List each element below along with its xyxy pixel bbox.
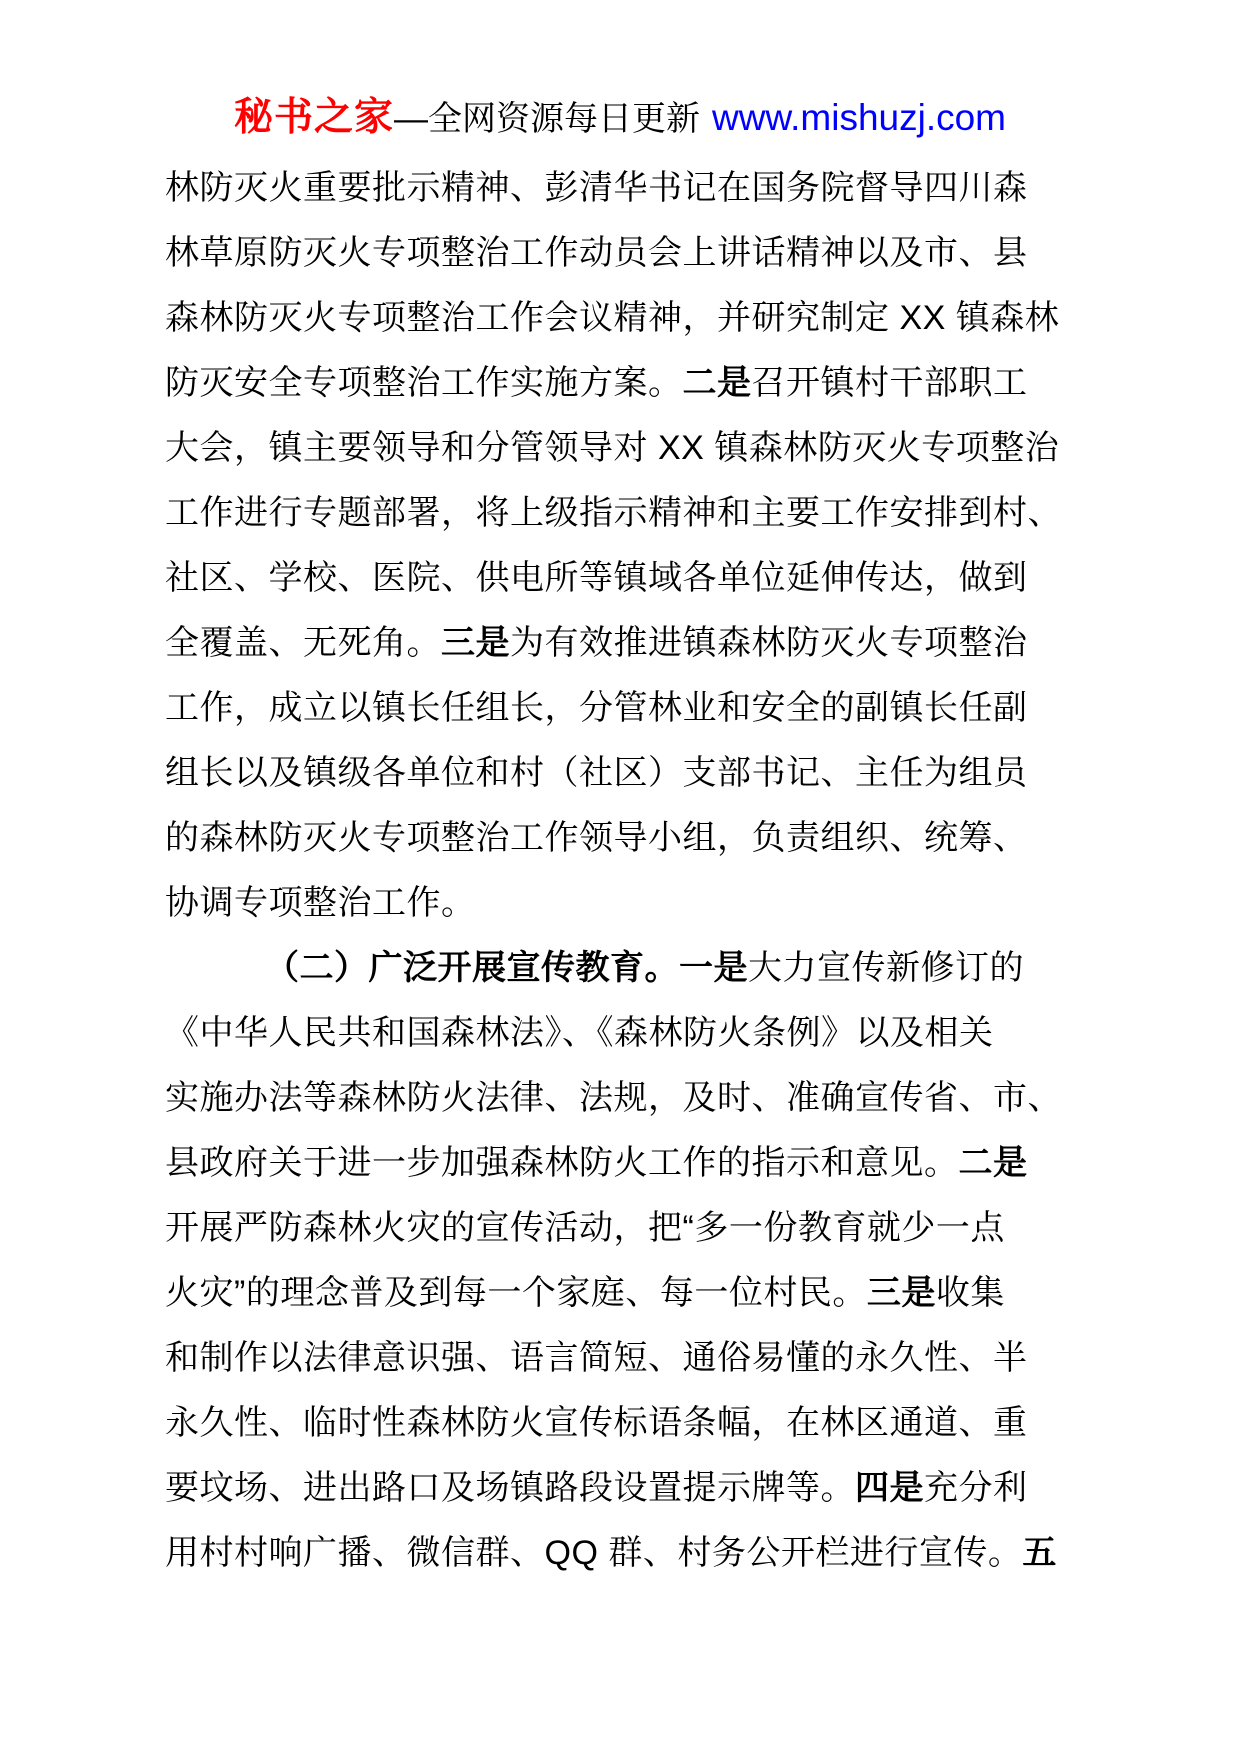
text-line: 县政府关于进一步加强森林防火工作的指示和意见。二是 <box>165 1131 1070 1196</box>
header-separator: — <box>394 100 428 138</box>
site-url-link[interactable]: www.mishuzj.com <box>712 97 1006 138</box>
header-tagline: 全网资源每日更新 <box>428 100 700 138</box>
text-line: 林草原防灭火专项整治工作动员会上讲话精神以及市、县 <box>165 221 1070 286</box>
text-segment: 火灾”的理念普及到每一个家庭、每一位村民。 <box>165 1274 867 1312</box>
text-line: 《中华人民共和国森林法》、《森林防火条例》以及相关 <box>165 1001 1070 1066</box>
site-name: 秘书之家 <box>234 96 394 139</box>
text-line: 的森林防灭火专项整治工作领导小组，负责组织、统筹、 <box>165 806 1070 871</box>
text-segment: 用村村响广播、微信群、QQ 群、村务公开栏进行宣传。 <box>165 1534 1022 1572</box>
text-line: 组长以及镇级各单位和村（社区）支部书记、主任为组员 <box>165 741 1070 806</box>
text-line: 协调专项整治工作。 <box>165 871 1070 936</box>
text-line: 开展严防森林火灾的宣传活动，把“多一份教育就少一点 <box>165 1196 1070 1261</box>
text-segment-bold: 二是 <box>959 1144 1028 1182</box>
text-line: （二）广泛开展宣传教育。一是大力宣传新修订的 <box>165 936 1070 1001</box>
document-body: 林防灭火重要批示精神、彭清华书记在国务院督导四川森林草原防灭火专项整治工作动员会… <box>165 156 1070 1586</box>
text-line: 火灾”的理念普及到每一个家庭、每一位村民。三是收集 <box>165 1261 1070 1326</box>
text-segment: 工作进行专题部署，将上级指示精神和主要工作安排到村、 <box>165 494 1062 532</box>
text-line: 林防灭火重要批示精神、彭清华书记在国务院督导四川森 <box>165 156 1070 221</box>
text-line: 工作进行专题部署，将上级指示精神和主要工作安排到村、 <box>165 481 1070 546</box>
text-segment: 林防灭火重要批示精神、彭清华书记在国务院督导四川森 <box>165 169 1028 207</box>
text-segment: 社区、学校、医院、供电所等镇域各单位延伸传达，做到 <box>165 559 1028 597</box>
text-segment: 为有效推进镇森林防灭火专项整治 <box>510 624 1028 662</box>
text-segment-bold: 五 <box>1022 1534 1057 1572</box>
text-segment: 协调专项整治工作。 <box>165 884 476 922</box>
text-segment: 充分利 <box>924 1469 1028 1507</box>
text-segment-bold: （二）广泛开展宣传教育。一是 <box>265 949 748 987</box>
text-segment-bold: 三是 <box>441 624 510 662</box>
text-segment: 组长以及镇级各单位和村（社区）支部书记、主任为组员 <box>165 754 1028 792</box>
text-segment: 永久性、临时性森林防火宣传标语条幅，在林区通道、重 <box>165 1404 1028 1442</box>
text-segment: 《中华人民共和国森林法》、《森林防火条例》以及相关 <box>165 1014 994 1052</box>
text-segment: 的森林防灭火专项整治工作领导小组，负责组织、统筹、 <box>165 819 1028 857</box>
text-line: 防灭安全专项整治工作实施方案。二是召开镇村干部职工 <box>165 351 1070 416</box>
text-segment-bold: 三是 <box>867 1274 936 1312</box>
text-segment-bold: 二是 <box>683 364 752 402</box>
text-line: 和制作以法律意识强、语言简短、通俗易懂的永久性、半 <box>165 1326 1070 1391</box>
text-line: 森林防灭火专项整治工作会议精神，并研究制定 XX 镇森林 <box>165 286 1070 351</box>
text-segment: 县政府关于进一步加强森林防火工作的指示和意见。 <box>165 1144 959 1182</box>
text-line: 社区、学校、医院、供电所等镇域各单位延伸传达，做到 <box>165 546 1070 611</box>
text-segment: 要坟场、进出路口及场镇路段设置提示牌等。 <box>165 1469 855 1507</box>
text-segment: 全覆盖、无死角。 <box>165 624 441 662</box>
text-line: 全覆盖、无死角。三是为有效推进镇森林防灭火专项整治 <box>165 611 1070 676</box>
text-line: 用村村响广播、微信群、QQ 群、村务公开栏进行宣传。五 <box>165 1521 1070 1586</box>
text-segment: 召开镇村干部职工 <box>752 364 1028 402</box>
text-segment: 开展严防森林火灾的宣传活动，把“多一份教育就少一点 <box>165 1209 1005 1247</box>
text-segment: 林草原防灭火专项整治工作动员会上讲话精神以及市、县 <box>165 234 1028 272</box>
text-line: 永久性、临时性森林防火宣传标语条幅，在林区通道、重 <box>165 1391 1070 1456</box>
text-segment-bold: 四是 <box>855 1469 924 1507</box>
page-header: 秘书之家—全网资源每日更新www.mishuzj.com <box>0 94 1240 150</box>
text-segment: 收集 <box>936 1274 1005 1312</box>
document-page: 秘书之家—全网资源每日更新www.mishuzj.com 林防灭火重要批示精神、… <box>0 0 1240 1754</box>
text-segment: 和制作以法律意识强、语言简短、通俗易懂的永久性、半 <box>165 1339 1028 1377</box>
text-segment: 大力宣传新修订的 <box>748 949 1024 987</box>
text-segment: 大会，镇主要领导和分管领导对 XX 镇森林防灭火专项整治 <box>165 429 1059 467</box>
text-line: 实施办法等森林防火法律、法规，及时、准确宣传省、市、 <box>165 1066 1070 1131</box>
text-segment: 实施办法等森林防火法律、法规，及时、准确宣传省、市、 <box>165 1079 1062 1117</box>
text-line: 工作，成立以镇长任组长，分管林业和安全的副镇长任副 <box>165 676 1070 741</box>
text-segment: 防灭安全专项整治工作实施方案。 <box>165 364 683 402</box>
text-segment: 森林防灭火专项整治工作会议精神，并研究制定 XX 镇森林 <box>165 299 1059 337</box>
text-line: 要坟场、进出路口及场镇路段设置提示牌等。四是充分利 <box>165 1456 1070 1521</box>
text-segment: 工作，成立以镇长任组长，分管林业和安全的副镇长任副 <box>165 689 1028 727</box>
text-line: 大会，镇主要领导和分管领导对 XX 镇森林防灭火专项整治 <box>165 416 1070 481</box>
